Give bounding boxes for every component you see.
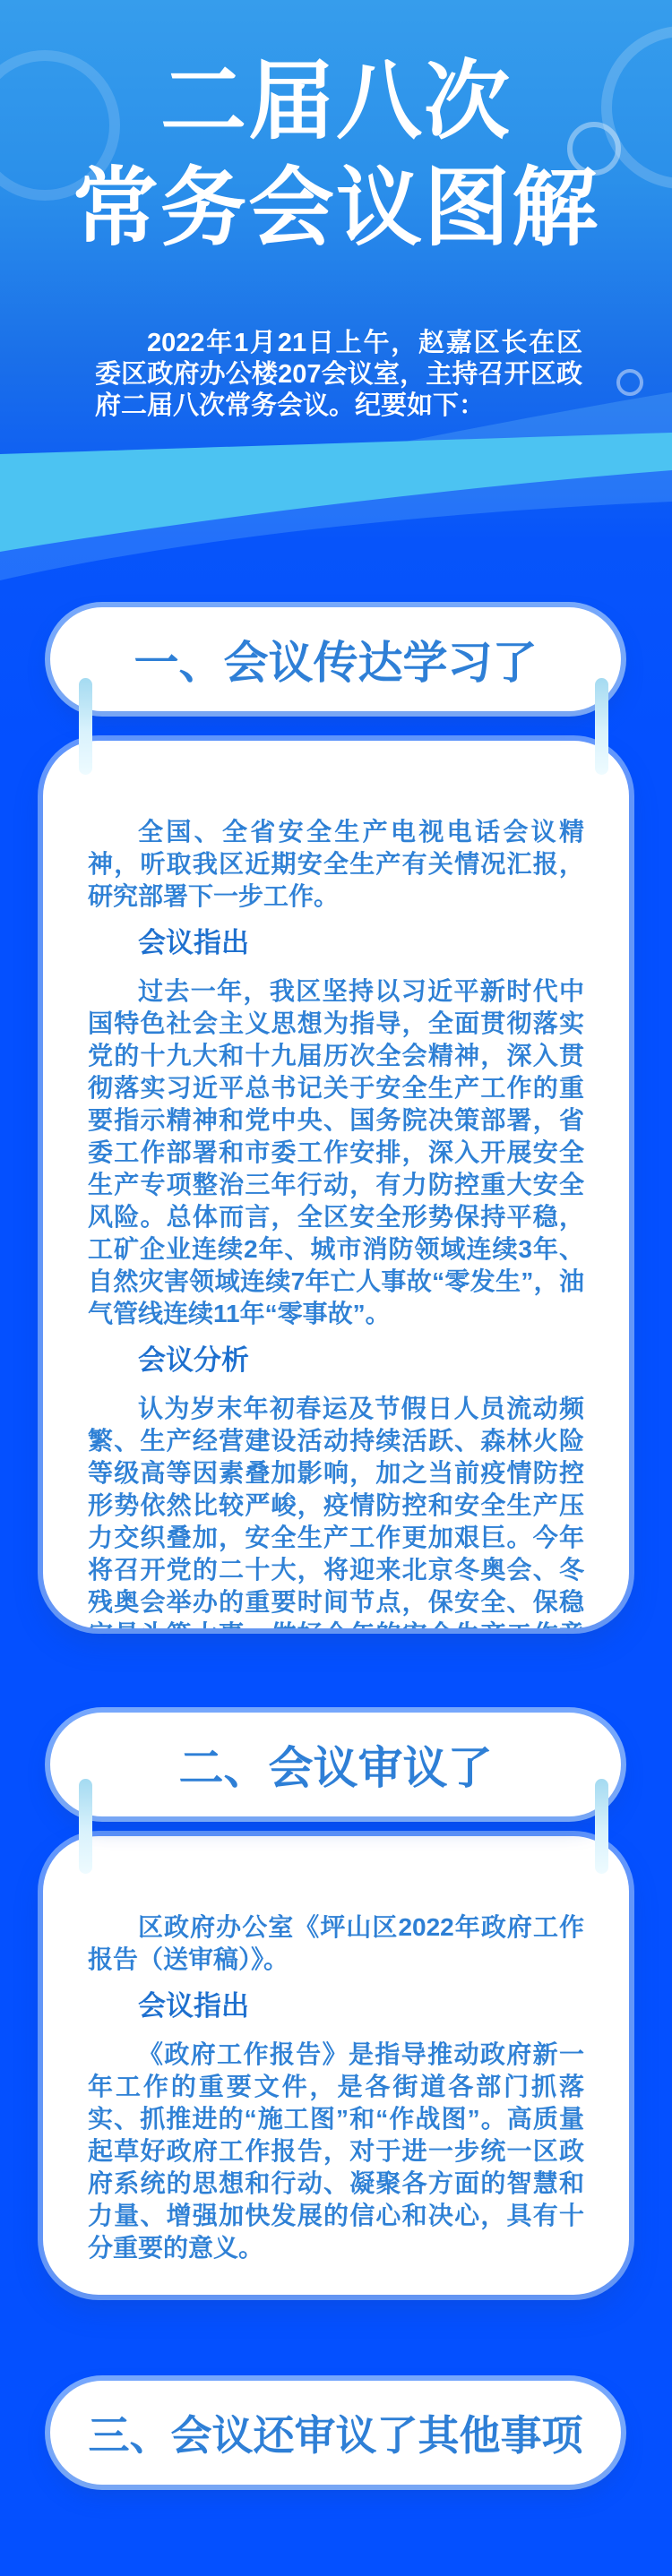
intro-paragraph: 2022年1月21日上午，赵嘉区长在区委区政府办公楼207会议室，主持召开区政府… [95, 328, 582, 422]
section-2-card: 区政府办公室《坪山区2022年政府工作报告（送审稿）》。 会议指出 《政府工作报… [43, 1836, 629, 2295]
section-2-subheading-1: 会议指出 [88, 1988, 584, 2024]
bubble-decoration [616, 369, 643, 396]
section-1-card: 全国、全省安全生产电视电话会议精神，听取我区近期安全生产有关情况汇报，研究部署下… [43, 741, 629, 1628]
section-1-paragraph-2: 过去一年，我区坚持以习近平新时代中国特色社会主义思想为指导，全面贯彻落实党的十九… [88, 975, 584, 1330]
section-1-hanger-rod-left [79, 678, 92, 775]
section-2-hanger-rod-left [79, 1779, 92, 1874]
section-2-banner-label: 二、会议审议了 [179, 1732, 493, 1797]
section-1-paragraph-3: 认为岁末年初春运及节假日人员流动频繁、生产经营建设活动持续活跃、森林火险等级高等… [88, 1393, 584, 1628]
page-title: 二届八次 常务会议图解 [0, 48, 672, 262]
section-2-card-body: 区政府办公室《坪山区2022年政府工作报告（送审稿）》。 会议指出 《政府工作报… [43, 1836, 629, 2295]
section-1-card-body: 全国、全省安全生产电视电话会议精神，听取我区近期安全生产有关情况汇报，研究部署下… [43, 741, 629, 1628]
section-3-banner: 三、会议还审议了其他事项 [50, 2381, 621, 2485]
section-1-hanger-rod-right [595, 678, 608, 775]
page-title-line-2: 常务会议图解 [0, 155, 672, 262]
section-1-banner: 一、会议传达学习了 [50, 607, 621, 711]
section-2-hanger-rod-right [595, 1779, 608, 1874]
infographic-page: 二届八次 常务会议图解 2022年1月21日上午，赵嘉区长在区委区政府办公楼20… [0, 0, 672, 2576]
section-1-banner-label: 一、会议传达学习了 [134, 627, 538, 691]
section-1-subheading-1: 会议指出 [88, 925, 584, 961]
section-1-subheading-2: 会议分析 [88, 1343, 584, 1378]
section-2-paragraph-2: 《政府工作报告》是指导推动政府新一年工作的重要文件，是各街道各部门抓落实、抓推进… [88, 2039, 584, 2264]
page-title-line-1: 二届八次 [0, 48, 672, 155]
section-2-banner: 二、会议审议了 [50, 1713, 621, 1816]
section-1-paragraph-1: 全国、全省安全生产电视电话会议精神，听取我区近期安全生产有关情况汇报，研究部署下… [88, 816, 584, 913]
section-2-paragraph-1: 区政府办公室《坪山区2022年政府工作报告（送审稿）》。 [88, 1911, 584, 1976]
section-3-banner-label: 三、会议还审议了其他事项 [89, 2403, 583, 2462]
